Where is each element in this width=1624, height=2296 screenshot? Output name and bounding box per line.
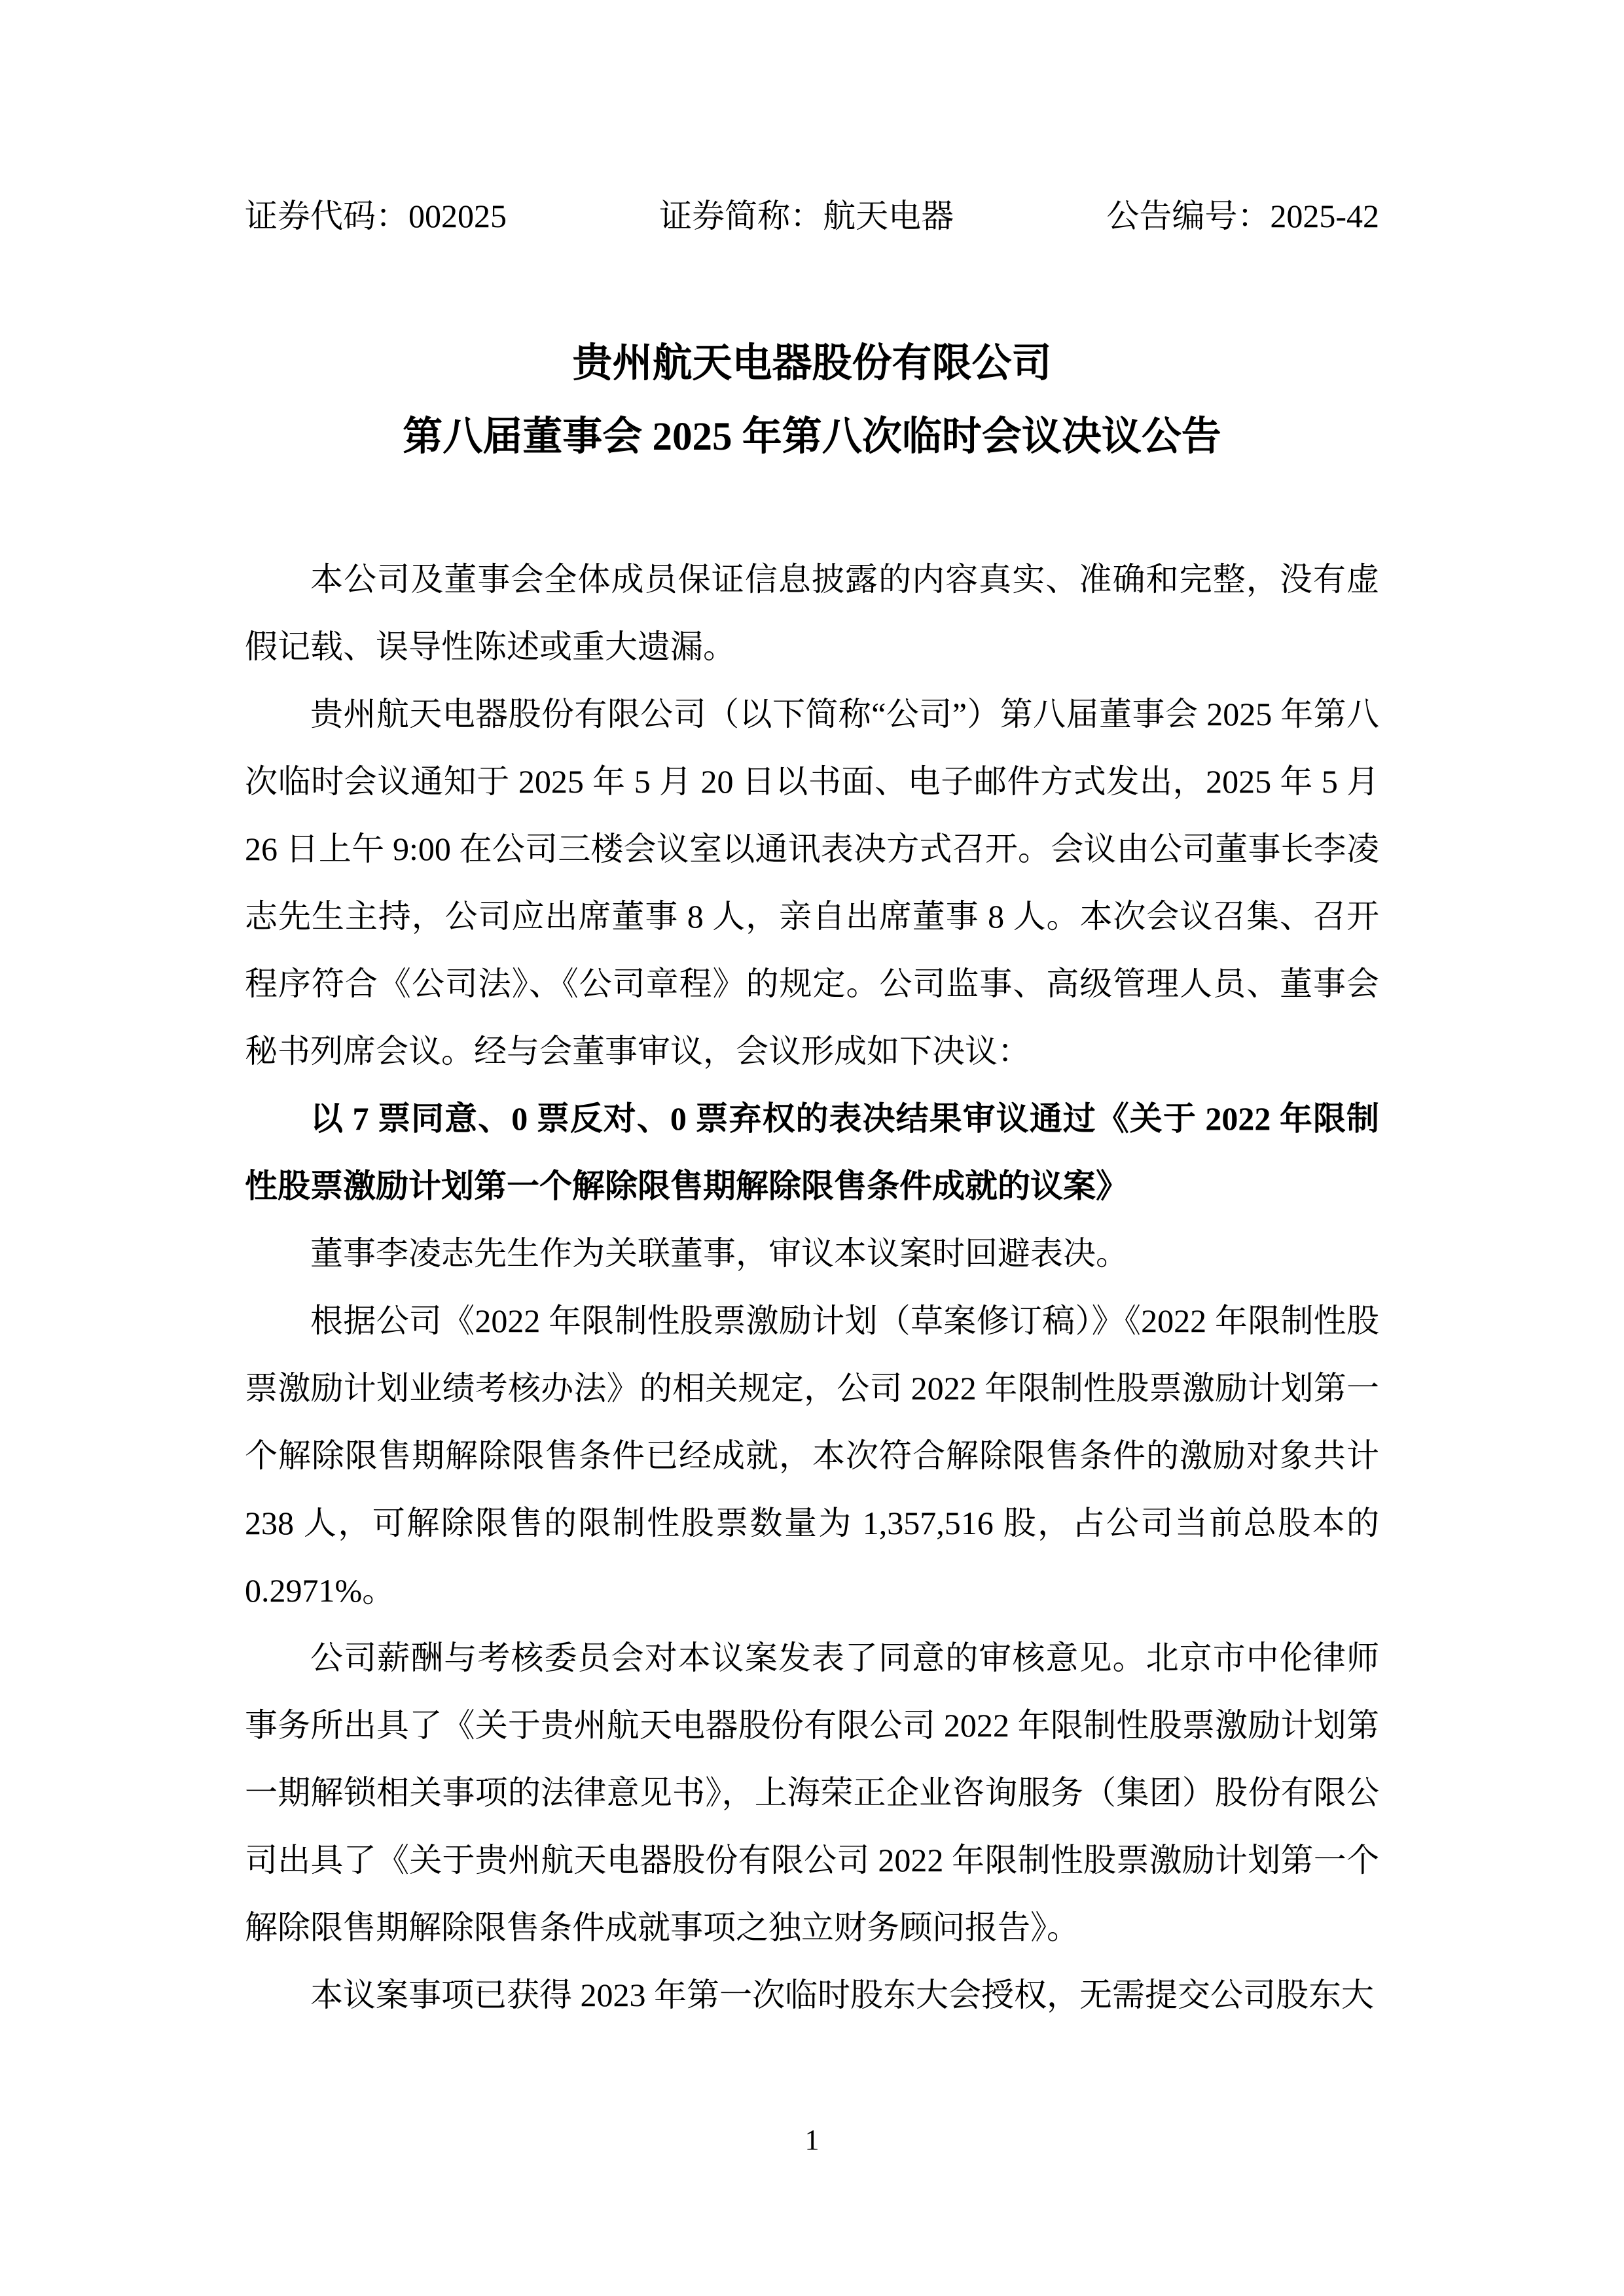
document-header: 证券代码：002025 证券简称：航天电器 公告编号：2025-42 [245, 196, 1379, 236]
company-name-title: 贵州航天电器股份有限公司 [245, 327, 1379, 401]
document-body: 本公司及董事会全体成员保证信息披露的内容真实、准确和完整，没有虚假记载、误导性陈… [245, 546, 1379, 2029]
document-page: 证券代码：002025 证券简称：航天电器 公告编号：2025-42 贵州航天电… [0, 0, 1624, 2296]
page-number: 1 [0, 2124, 1624, 2157]
stock-abbreviation: 证券简称：航天电器 [659, 196, 954, 236]
meeting-resolution-title: 第八届董事会 2025 年第八次临时会议决议公告 [245, 401, 1379, 474]
advisor-opinions-paragraph: 公司薪酬与考核委员会对本议案发表了同意的审核意见。北京市中伦律师事务所出具了《关… [245, 1624, 1379, 1962]
director-recusal-paragraph: 董事李凌志先生作为关联董事，审议本议案时回避表决。 [245, 1220, 1379, 1287]
unlock-conditions-paragraph: 根据公司《2022 年限制性股票激励计划（草案修订稿）》《2022 年限制性股票… [245, 1287, 1379, 1624]
meeting-info-paragraph: 贵州航天电器股份有限公司（以下简称“公司”）第八届董事会 2025 年第八次临时… [245, 681, 1379, 1085]
resolution-vote-paragraph: 以 7 票同意、0 票反对、0 票弃权的表决结果审议通过《关于 2022 年限制… [245, 1085, 1379, 1220]
stock-code: 证券代码：002025 [245, 196, 507, 236]
announcement-number: 公告编号：2025-42 [1106, 196, 1379, 236]
disclaimer-paragraph: 本公司及董事会全体成员保证信息披露的内容真实、准确和完整，没有虚假记载、误导性陈… [245, 546, 1379, 681]
document-title: 贵州航天电器股份有限公司 第八届董事会 2025 年第八次临时会议决议公告 [245, 327, 1379, 474]
authorization-paragraph: 本议案事项已获得 2023 年第一次临时股东大会授权，无需提交公司股东大 [245, 1962, 1379, 2029]
